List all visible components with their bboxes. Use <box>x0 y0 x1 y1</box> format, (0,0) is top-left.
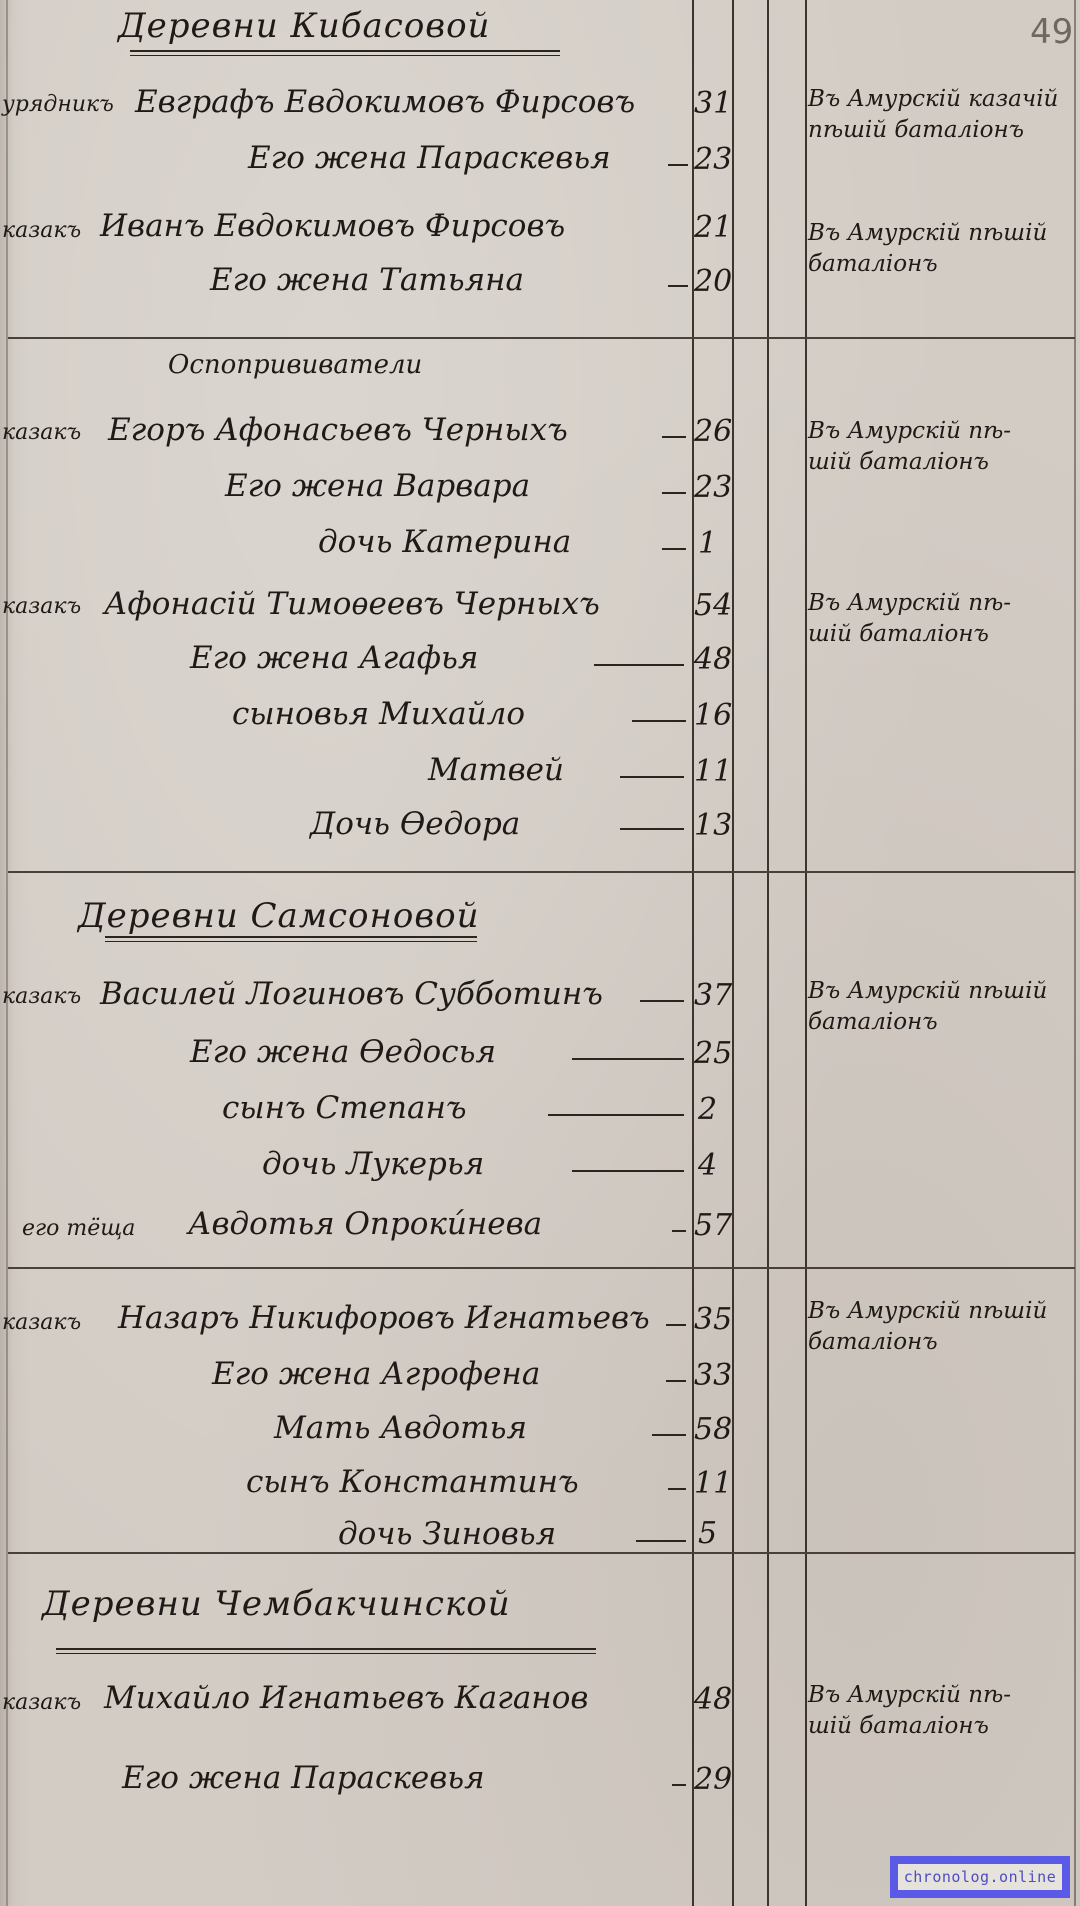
age-value: 58 <box>694 1412 732 1447</box>
section-divider-2 <box>8 871 1075 873</box>
age-value: 2 <box>698 1092 736 1127</box>
person-name: дочь Зиновья <box>338 1516 556 1552</box>
age-value: 23 <box>694 470 732 505</box>
remark-line: баталіонъ <box>808 1327 938 1358</box>
remark-line: шій баталіонъ <box>808 447 989 478</box>
watermark-text: chronolog.online <box>904 1868 1057 1886</box>
section-divider-4 <box>8 1552 1075 1554</box>
remark-line: Въ Амурскій пѣ- <box>808 416 1011 447</box>
dash-leader <box>666 1324 686 1326</box>
watermark-inner: chronolog.online <box>898 1864 1062 1890</box>
person-name: Его жена Параскевья <box>122 1760 485 1796</box>
person-name: Василей Логиновъ Субботинъ <box>100 976 603 1012</box>
age-value: 21 <box>694 210 732 245</box>
rank-label: урядникъ <box>2 92 114 117</box>
age-value: 54 <box>694 588 732 623</box>
person-name: Михайло Игнатьевъ Каганов <box>104 1680 588 1716</box>
age-value: 5 <box>698 1516 736 1551</box>
dash-leader <box>662 492 686 494</box>
person-name: Иванъ Евдокимовъ Фирсовъ <box>100 208 565 244</box>
age-value: 48 <box>694 642 732 677</box>
remark-line: Въ Амурскій пѣшій <box>808 218 1047 249</box>
dash-leader <box>672 1784 686 1786</box>
dash-leader <box>668 285 688 287</box>
age-value: 57 <box>694 1208 732 1243</box>
rank-label: казакъ <box>2 420 81 445</box>
dash-leader <box>668 1488 686 1490</box>
age-value: 33 <box>694 1358 732 1393</box>
column-rule-3 <box>767 0 769 1906</box>
column-rule-right-edge <box>1074 0 1076 1906</box>
age-value: 13 <box>694 808 732 843</box>
age-value: 11 <box>694 1466 732 1501</box>
person-name: Назаръ Никифоровъ Игнатьевъ <box>118 1300 650 1336</box>
rank-label: его тёща <box>22 1216 135 1241</box>
dash-leader <box>668 164 688 166</box>
page-number: 49 <box>1030 12 1073 52</box>
person-name: Его жена Ѳедосья <box>190 1034 496 1070</box>
section-divider-1 <box>8 337 1075 339</box>
section-subheading: Оспопрививатели <box>168 350 422 380</box>
age-value: 35 <box>694 1302 732 1337</box>
age-value: 25 <box>694 1036 732 1071</box>
person-name: сынъ Степанъ <box>222 1090 467 1126</box>
person-name: Его жена Агафья <box>190 640 478 676</box>
remark-line: Въ Амурскій пѣшій <box>808 1296 1047 1327</box>
dash-leader <box>620 776 684 778</box>
rank-label: казакъ <box>2 1690 81 1715</box>
heading-underline <box>130 55 560 56</box>
remark-line: пѣшій баталіонъ <box>808 115 1024 146</box>
rank-label: казакъ <box>2 218 81 243</box>
dash-leader <box>640 1000 684 1002</box>
person-name: Его жена Варвара <box>225 468 530 504</box>
dash-leader <box>548 1114 684 1116</box>
village-heading: Деревни Чембакчинской <box>42 1584 511 1624</box>
person-name: Авдотья Опроки́нева <box>188 1206 542 1242</box>
person-name: Евграфъ Евдокимовъ Фирсовъ <box>135 84 635 120</box>
age-value: 1 <box>698 526 736 561</box>
person-name: дочь Катерина <box>318 524 571 560</box>
remark-line: шій баталіонъ <box>808 619 989 650</box>
dash-leader <box>572 1170 684 1172</box>
heading-underline <box>56 1653 596 1654</box>
person-name: сыновья Михайло <box>232 696 525 732</box>
heading-underline <box>105 941 477 942</box>
remark-line: Въ Амурскій казачій <box>808 84 1058 115</box>
age-value: 48 <box>694 1682 732 1717</box>
heading-underline <box>105 936 477 938</box>
census-page: 49 Деревни Кибасовой урядникъ Евграфъ Ев… <box>0 0 1080 1906</box>
dash-leader <box>632 720 686 722</box>
age-value: 31 <box>694 86 732 121</box>
column-rule-remarks <box>805 0 807 1906</box>
dash-leader <box>662 548 686 550</box>
person-name: Матвей <box>428 752 564 788</box>
remark-line: баталіонъ <box>808 1007 938 1038</box>
dash-leader <box>636 1540 686 1542</box>
dash-leader <box>652 1434 686 1436</box>
age-value: 26 <box>694 414 732 449</box>
dash-leader <box>572 1058 684 1060</box>
age-value: 11 <box>694 754 732 789</box>
remark-line: шій баталіонъ <box>808 1711 989 1742</box>
village-heading: Деревни Кибасовой <box>118 6 490 46</box>
remark-line: Въ Амурскій пѣ- <box>808 1680 1011 1711</box>
person-name: Его жена Татьяна <box>210 262 524 298</box>
age-value: 23 <box>694 142 732 177</box>
page-binding-edge <box>6 0 8 1906</box>
age-value: 16 <box>694 698 732 733</box>
rank-label: казакъ <box>2 984 81 1009</box>
dash-leader <box>662 436 686 438</box>
person-name: Афонасій Тимоѳеевъ Черныхъ <box>104 586 600 622</box>
age-value: 4 <box>698 1148 736 1183</box>
heading-underline <box>130 50 560 52</box>
watermark-badge: chronolog.online <box>890 1856 1070 1898</box>
rank-label: казакъ <box>2 594 81 619</box>
dash-leader <box>594 664 684 666</box>
dash-leader <box>620 828 684 830</box>
dash-leader <box>666 1380 686 1382</box>
person-name: Егоръ Афонасьевъ Черныхъ <box>108 412 568 448</box>
age-value: 37 <box>694 978 732 1013</box>
person-name: дочь Лукерья <box>262 1146 484 1182</box>
remark-line: Въ Амурскій пѣшій <box>808 976 1047 1007</box>
remark-line: баталіонъ <box>808 249 938 280</box>
rank-label: казакъ <box>2 1310 81 1335</box>
person-name: Его жена Агрофена <box>212 1356 540 1392</box>
column-rule-age-right <box>732 0 734 1906</box>
age-value: 20 <box>694 264 732 299</box>
remark-line: Въ Амурскій пѣ- <box>808 588 1011 619</box>
person-name: Дочь Ѳедора <box>310 806 520 842</box>
age-value: 29 <box>694 1762 732 1797</box>
section-divider-3 <box>8 1267 1075 1269</box>
person-name: Его жена Параскевья <box>248 140 611 176</box>
person-name: Мать Авдотья <box>274 1410 527 1446</box>
dash-leader <box>672 1230 686 1232</box>
person-name: сынъ Константинъ <box>246 1464 579 1500</box>
village-heading: Деревни Самсоновой <box>78 896 480 936</box>
heading-underline <box>56 1648 596 1650</box>
